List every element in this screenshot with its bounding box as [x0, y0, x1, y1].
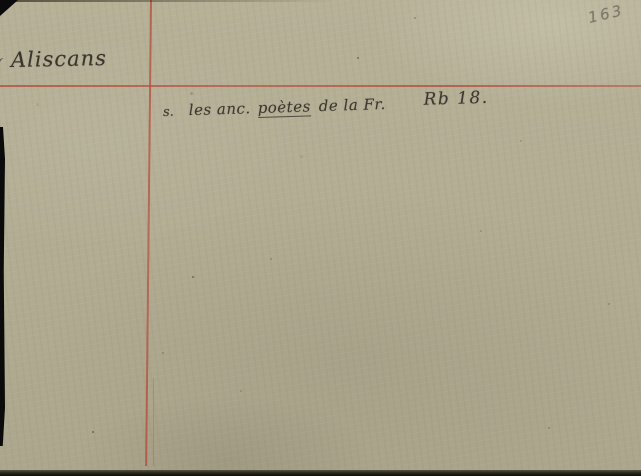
paper-speck	[92, 431, 94, 433]
entry-text-before: les anc.	[189, 101, 251, 118]
paper-speck	[240, 390, 242, 392]
paper-speck	[36, 103, 39, 106]
scan-top-edge	[0, 0, 335, 2]
entry-prefix: s.	[163, 106, 174, 119]
paper-speck	[480, 230, 482, 232]
paper-speck	[548, 427, 550, 429]
paper-speck	[192, 276, 194, 278]
entry-underlined-word: poètes	[257, 99, 311, 118]
paper-grain-texture	[0, 0, 641, 476]
card-heading: Aliscans	[11, 48, 107, 71]
scan-corner-shadow	[0, 0, 18, 16]
paper-speck	[270, 258, 272, 260]
scan-left-edge	[0, 127, 5, 446]
paper-speck	[190, 92, 193, 95]
entry-text-after: de la Fr.	[319, 97, 386, 114]
vertical-red-rule-ghost	[153, 378, 154, 466]
shelfmark: Rb 18.	[423, 90, 489, 109]
pencil-corner-number: 163	[587, 3, 626, 26]
vertical-red-rule	[145, 0, 152, 466]
paper-speck	[357, 57, 359, 59]
reference-entry-line: s. les anc. poètes de la Fr. Rb 18.	[163, 93, 489, 121]
edge-ink-mark	[0, 57, 9, 73]
paper-speck	[608, 303, 610, 305]
catalog-card: Aliscans s. les anc. poètes de la Fr. Rb…	[0, 0, 641, 476]
horizontal-red-rule	[0, 85, 641, 87]
scan-bottom-edge	[0, 470, 641, 476]
paper-speck	[520, 140, 522, 142]
paper-speck	[300, 155, 303, 158]
scanned-catalog-card-page: Aliscans s. les anc. poètes de la Fr. Rb…	[0, 0, 641, 476]
paper-speck	[162, 352, 164, 354]
paper-speck	[414, 17, 416, 19]
